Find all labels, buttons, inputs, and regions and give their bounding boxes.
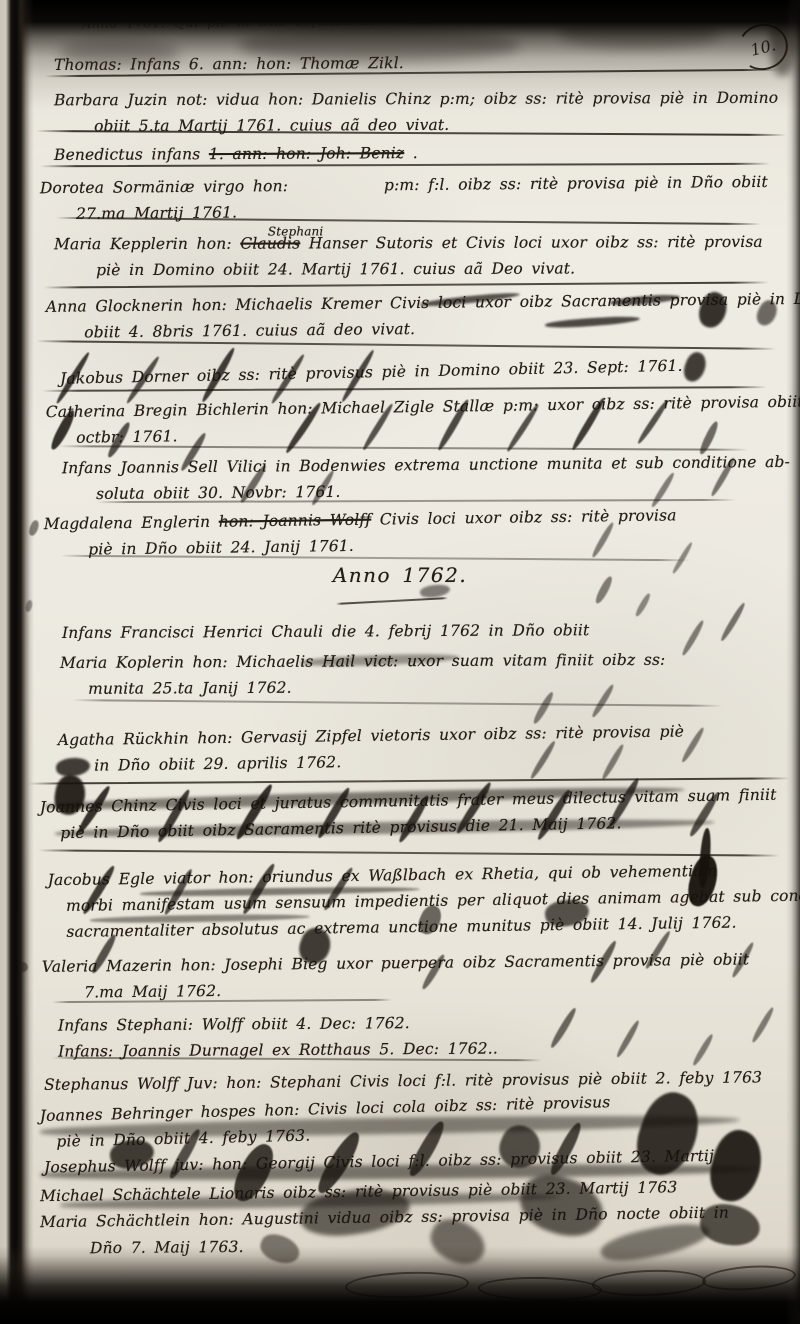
entry-text: . [404,144,418,162]
entry-line: Maria Kepplerin hon: ClaudisStephani Han… [54,229,796,258]
struck-text: 1. ann: hon: Joh: Beniz [209,144,404,163]
margin-annotation: 59 [0,945,18,963]
ink-smudge [60,40,180,66]
manuscript-page: Anno 1761: Qui piè in Dño defuncti ac in… [0,0,800,1324]
entry-line-left: Dorotea Sormäniæ virgo hon: [40,173,288,201]
entry-line-right: p:m: f:l. oibz ss: ritè provisa piè in D… [384,169,768,198]
inserted-word: Stephani [268,218,324,244]
entry-text: Magdalena Englerin [44,513,219,533]
entry: Valeria Mazerin hon: Josephi Bieg uxor p… [42,946,785,1006]
entry: Jacobus Egle viator hon: oriundus ex Waß… [47,857,790,945]
entry: Maria Kepplerin hon: ClaudisStephani Han… [54,229,796,284]
entry: Magdalena Englerin hon: Joannis Wolff Ci… [44,501,787,563]
entry-text: Benedictus infans [54,145,209,164]
struck-text: hon: Joannis Wolff [219,511,372,531]
entry: Infans Stephani: Wolff obiit 4. Dec: 176… [58,1007,800,1064]
entry-text: Hanser Sutoris et Civis loci uxor oibz s… [300,233,763,253]
entry-line: piè in Domino obiit 24. Martij 1761. cui… [54,255,796,284]
entry-text: Maria Kepplerin hon: [54,235,240,254]
entry: Catherina Bregin Bichlerin hon: Michael … [46,389,789,451]
ink-smudge [770,6,796,76]
entry-line: Barbara Juzin not: vidua hon: Danielis C… [54,85,796,114]
ink-smudge [18,962,28,972]
entry-line: munita 25.ta Janij 1762. [60,672,800,702]
ink-smudge [240,28,520,62]
entry-text: Civis loci uxor oibz ss: ritè provisa [371,506,677,528]
ink-smudge [560,18,720,48]
